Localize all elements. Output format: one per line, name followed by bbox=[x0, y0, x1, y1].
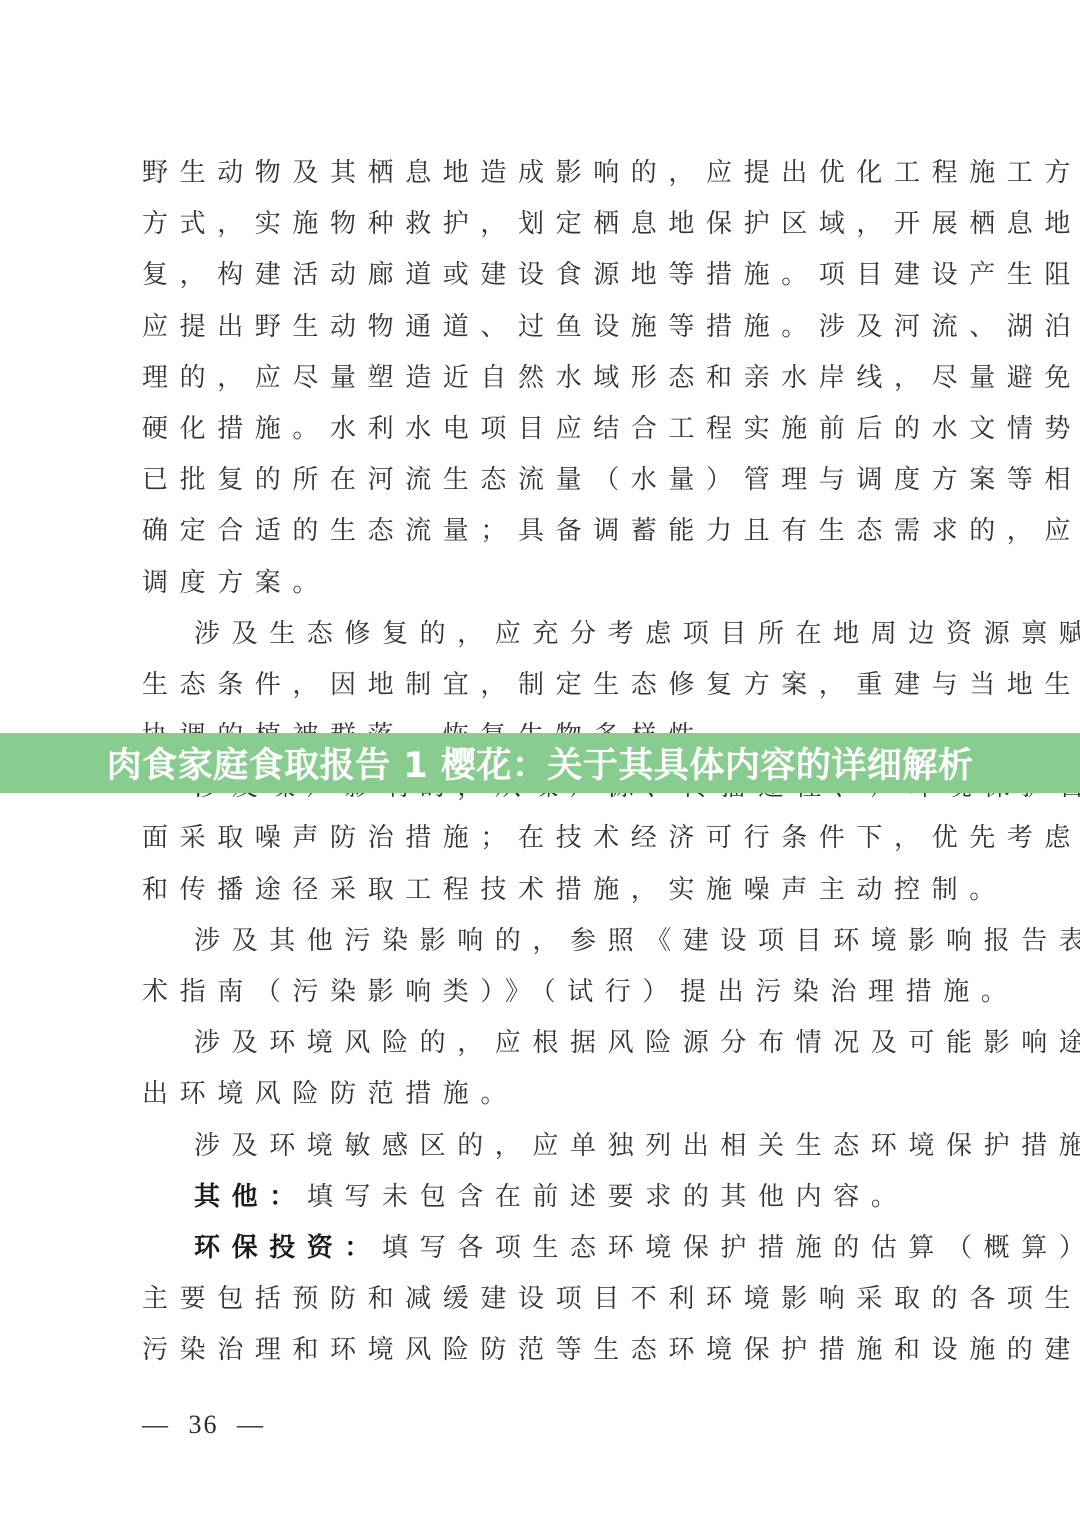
paragraph-start-line: 涉及环境敏感区的，应单独列出相关生态环境保护措施内容。 bbox=[142, 1121, 942, 1172]
text-line: 面采取噪声防治措施；在技术经济可行条件下，优先考虑对噪声源 bbox=[142, 813, 942, 864]
text-line: 生态条件，因地制宜，制定生态修复方案，重建与当地生态系统相 bbox=[142, 660, 942, 711]
text-line: 术指南（污染影响类）》（试行）提出污染治理措施。 bbox=[142, 967, 942, 1018]
page-number: — 36 — bbox=[142, 1410, 265, 1440]
section-text: 填写未包含在前述要求的其他内容。 bbox=[307, 1182, 909, 1212]
text-line: 调度方案。 bbox=[142, 558, 942, 609]
labeled-paragraph-investment: 环保投资：填写各项生态环境保护措施的估算（概算）投资， bbox=[142, 1223, 942, 1274]
section-text: 填写各项生态环境保护措施的估算（概算）投资， bbox=[382, 1233, 1080, 1263]
text-line: 理的，应尽量塑造近自然水域形态和亲水岸线，尽量避免采取完全 bbox=[142, 353, 942, 404]
text-line: 野生动物及其栖息地造成影响的，应提出优化工程施工方案、运行 bbox=[142, 148, 942, 199]
text-line: 确定合适的生态流量；具备调蓄能力且有生态需求的，应提出生态 bbox=[142, 506, 942, 557]
text-line: 应提出野生动物通道、过鱼设施等措施。涉及河流、湖泊或海域治 bbox=[142, 302, 942, 353]
text-line: 已批复的所在河流生态流量（水量）管理与调度方案等相关要求， bbox=[142, 455, 942, 506]
text-line: 硬化措施。水利水电项目应结合工程实施前后的水文情势变化情况、 bbox=[142, 404, 942, 455]
text-line: 复，构建活动廊道或建设食源地等措施。项目建设产生阻隔影响的， bbox=[142, 250, 942, 301]
paragraph-start-line: 涉及环境风险的，应根据风险源分布情况及可能影响途径，提 bbox=[142, 1018, 942, 1069]
title-banner: 肉食家庭食取报告 1 樱花：关于其具体内容的详细解析 bbox=[0, 733, 1080, 793]
text-line: 主要包括预防和减缓建设项目不利环境影响采取的各项生态保护、 bbox=[142, 1274, 942, 1325]
document-page: 野生动物及其栖息地造成影响的，应提出优化工程施工方案、运行 方式，实施物种救护，… bbox=[0, 0, 1080, 1527]
labeled-paragraph-other: 其他：填写未包含在前述要求的其他内容。 bbox=[142, 1172, 942, 1223]
section-label-investment: 环保投资： bbox=[194, 1233, 382, 1263]
text-line: 出环境风险防范措施。 bbox=[142, 1069, 942, 1120]
banner-title: 肉食家庭食取报告 1 樱花：关于其具体内容的详细解析 bbox=[107, 738, 974, 788]
paragraph-start-line: 涉及其他污染影响的，参照《建设项目环境影响报告表编制技 bbox=[142, 916, 942, 967]
text-line: 方式，实施物种救护，划定栖息地保护区域，开展栖息地保护与修 bbox=[142, 199, 942, 250]
paragraph-start-line: 涉及生态修复的，应充分考虑项目所在地周边资源禀赋、自然 bbox=[142, 609, 942, 660]
text-line: 污染治理和环境风险防范等生态环境保护措施和设施的建设费用、 bbox=[142, 1325, 942, 1376]
text-line: 和传播途径采取工程技术措施，实施噪声主动控制。 bbox=[142, 865, 942, 916]
section-label-other: 其他： bbox=[194, 1182, 307, 1212]
